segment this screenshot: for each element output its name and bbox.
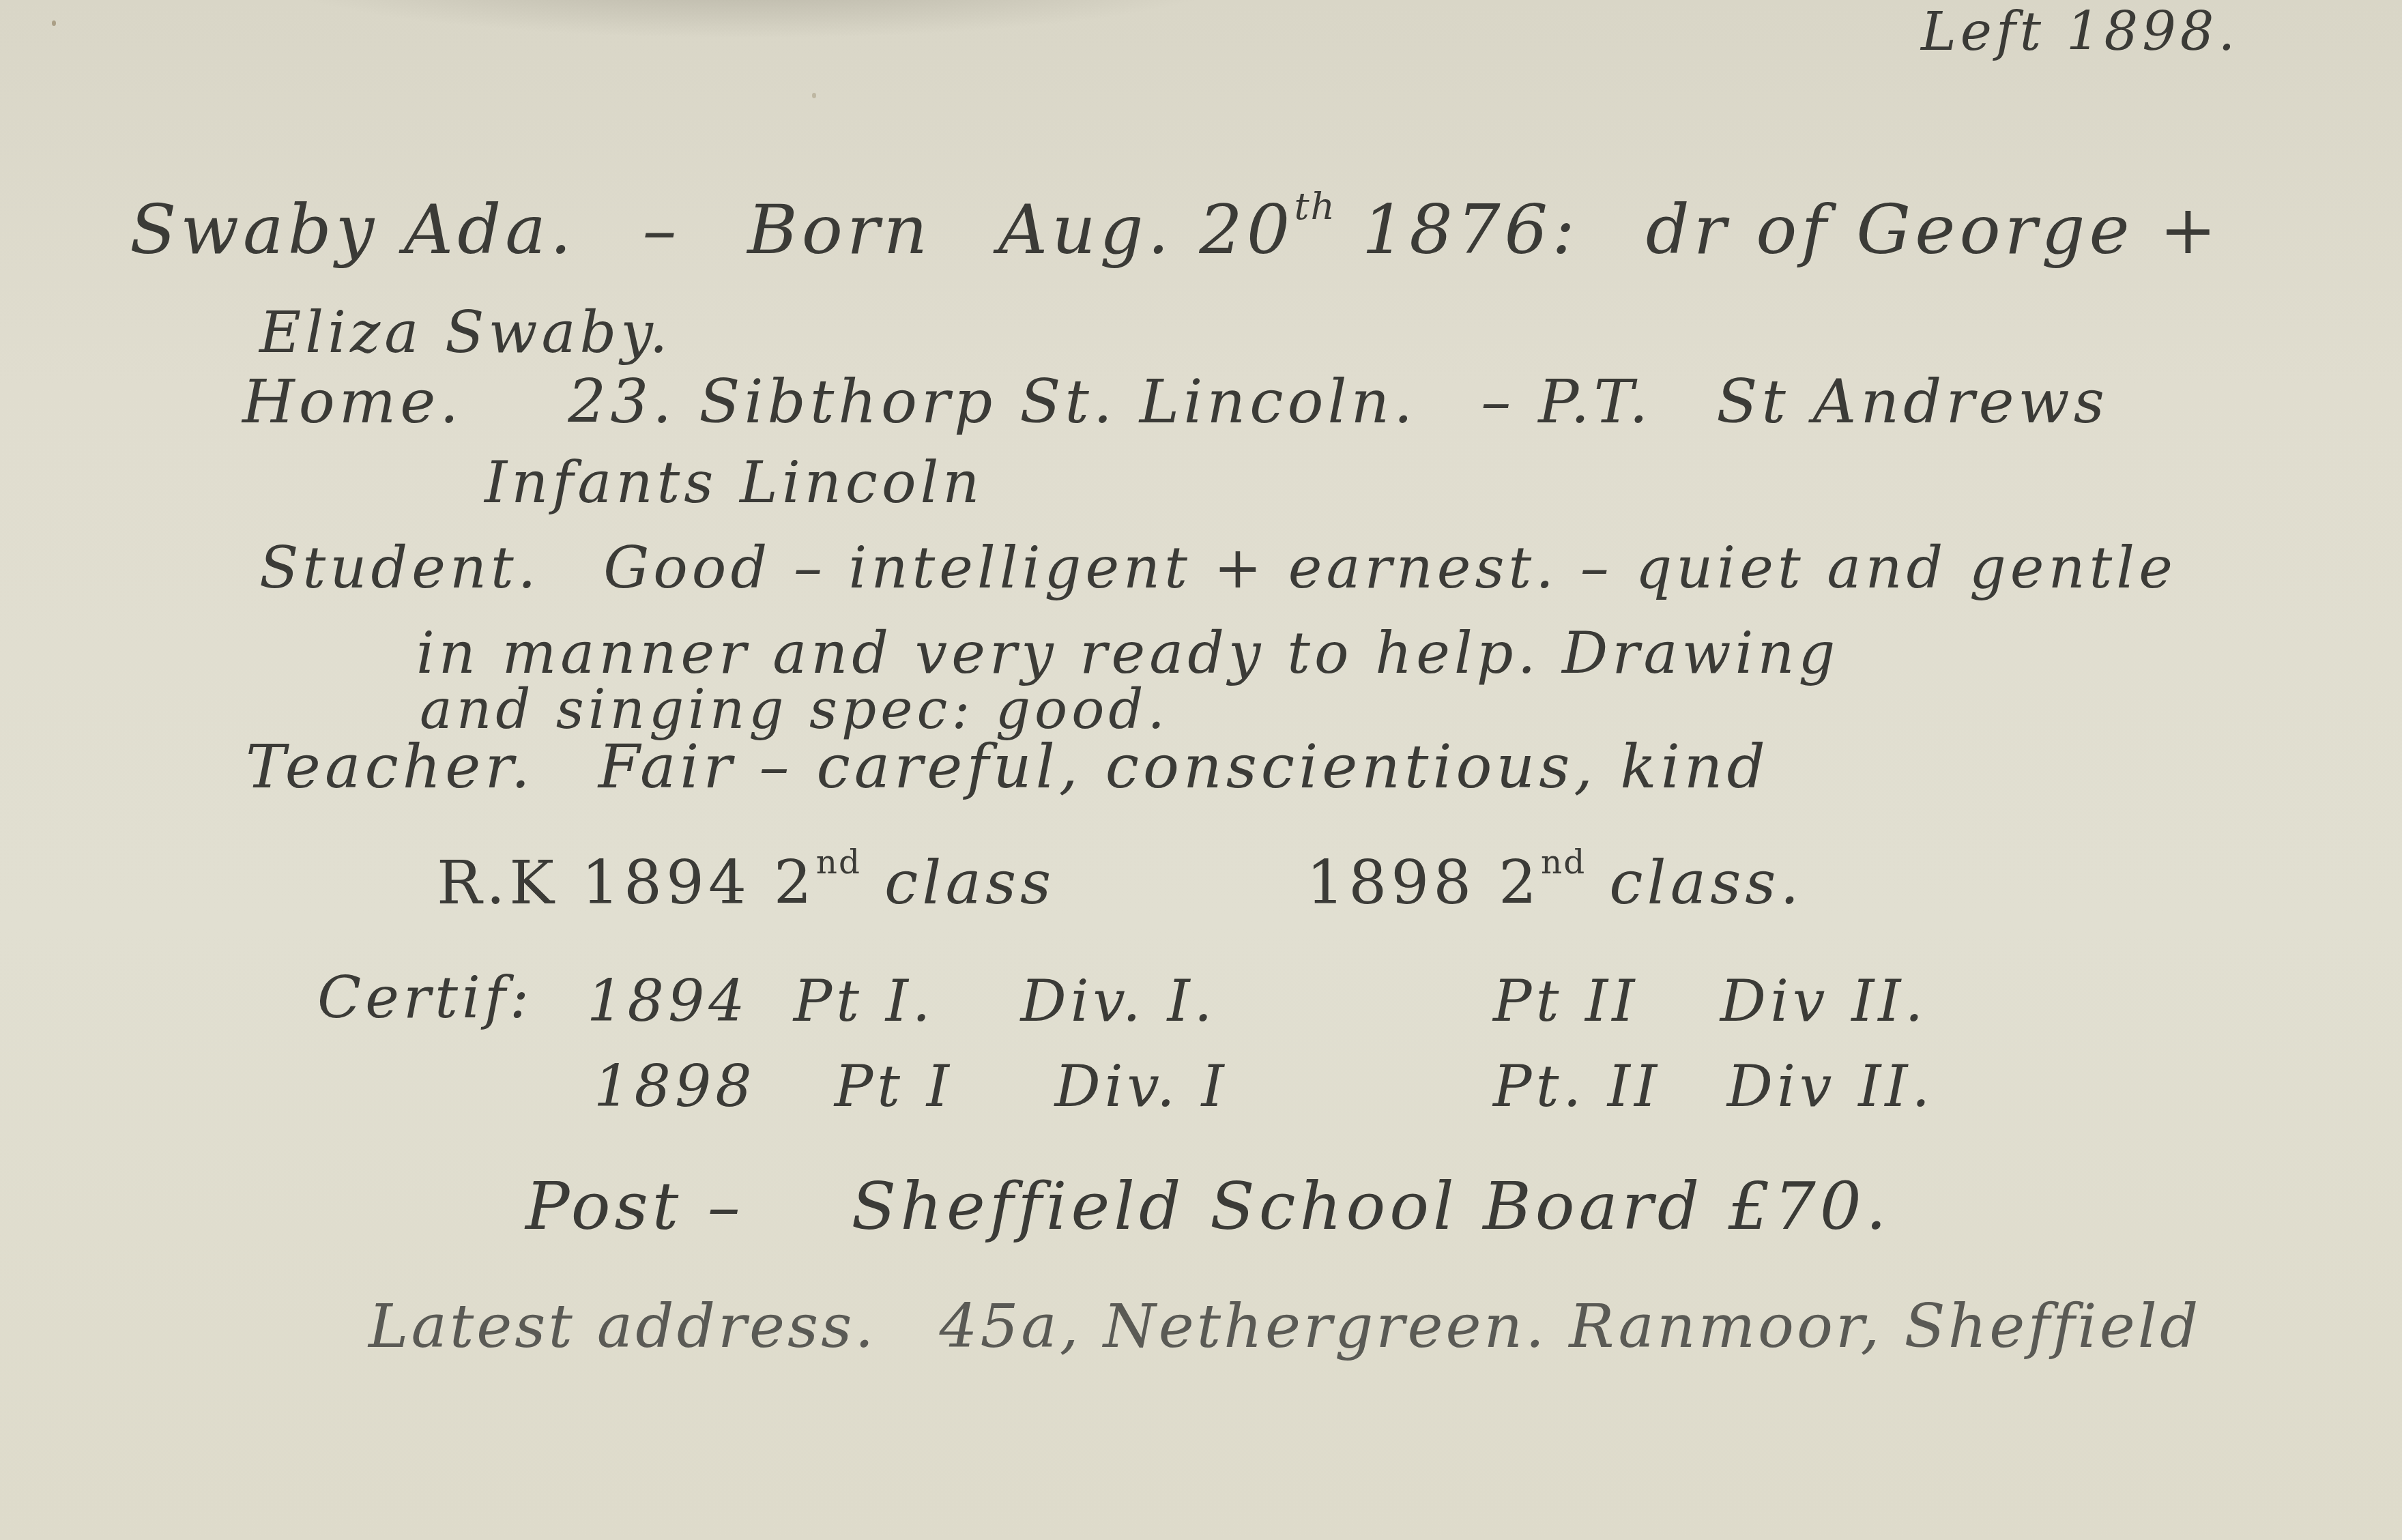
certif-part2: Pt II <box>1493 972 1698 1030</box>
certif-row-2: 1898 Pt I Div. I Pt. II Div II. <box>594 1058 1934 1115</box>
post-label: Post – <box>525 1174 744 1239</box>
latest-address-value: 45a, Nethergreen. Ranmoor, Sheffield <box>939 1296 2201 1356</box>
student-line-1: Student. Good – intelligent + earnest. –… <box>259 539 2177 596</box>
register-page: Left 1898. Swaby Ada. – Born Aug. 20th 1… <box>0 0 2402 1540</box>
teacher-label: Teacher. <box>246 737 534 797</box>
certif-div2: Div II. <box>1727 1058 1934 1115</box>
latest-address-label: Latest address. <box>368 1296 876 1356</box>
paper-speck <box>812 93 816 98</box>
certif-label-line: Certif: <box>317 969 533 1026</box>
left-year-note: Left 1898. <box>1921 5 2239 59</box>
certif-label: Certif: <box>317 964 533 1031</box>
certif-part1: Pt I. <box>794 972 998 1030</box>
certif-part2: Pt. II <box>1493 1058 1705 1115</box>
rk-right-suffix: nd <box>1541 843 1586 882</box>
rk-right: 1898 2nd class. <box>1306 846 1803 913</box>
born-month: Aug. <box>998 196 1173 264</box>
certif-year: 1898 <box>594 1058 812 1115</box>
student-remark-2: in manner and very ready to help. Drawin… <box>416 620 1839 686</box>
rk-line: R.K 1894 2nd class 1898 2nd class. <box>437 846 1803 913</box>
rk-left-text: R.K 1894 2 <box>437 847 816 918</box>
pupil-teacher-school: St Andrews <box>1716 372 2109 432</box>
pupil-teacher-prefix: – P.T. <box>1481 372 1652 432</box>
born-year: 1876: <box>1362 196 1579 264</box>
home-address: 23. Sibthorp St. Lincoln. <box>568 372 1417 432</box>
teacher-line: Teacher. Fair – careful, conscientious, … <box>246 737 1769 797</box>
student-remark-1: Good – intelligent + earnest. – quiet an… <box>603 539 2177 596</box>
born-day-suffix: th <box>1294 184 1336 228</box>
certif-div1: Div. I. <box>1020 972 1471 1030</box>
parentage: dr of George + <box>1646 196 2220 264</box>
teacher-remark: Fair – careful, conscientious, kind <box>598 737 1769 797</box>
home-label: Home. <box>242 372 463 432</box>
rk-left-suffix: nd <box>816 843 861 882</box>
mother-name: Eliza Swaby. <box>259 299 671 366</box>
certif-year: 1894 <box>587 972 771 1030</box>
name-dash: – <box>642 196 680 264</box>
home-line-cont: Infants Lincoln <box>484 454 983 511</box>
post-line: Post – Sheffield School Board £70. <box>525 1174 1890 1239</box>
latest-address-line: Latest address. 45a, Nethergreen. Ranmoo… <box>368 1296 2201 1356</box>
left-year-text: Left 1898. <box>1921 1 2239 63</box>
student-name: Swaby Ada. <box>130 196 576 264</box>
student-label: Student. <box>259 539 540 596</box>
born-day-number: 20 <box>1199 190 1294 270</box>
student-line-2: in manner and very ready to help. Drawin… <box>416 624 1839 682</box>
paper-speck <box>52 20 56 26</box>
born-day: 20th <box>1199 188 1336 264</box>
rk-left: R.K 1894 2nd class <box>437 846 1055 913</box>
mother-line: Eliza Swaby. <box>259 304 671 361</box>
certif-div2: Div II. <box>1720 972 1927 1030</box>
certif-row-1: 1894 Pt I. Div. I. Pt II Div II. <box>587 972 1927 1030</box>
pupil-teacher-school-cont: Infants Lincoln <box>484 449 983 516</box>
rk-left-tail: class <box>884 847 1055 918</box>
home-line: Home. 23. Sibthorp St. Lincoln. – P.T. S… <box>242 372 2109 432</box>
post-value: Sheffield School Board £70. <box>851 1174 1890 1239</box>
certif-part1: Pt I <box>835 1058 1032 1115</box>
born-label: Born <box>747 196 931 264</box>
rk-right-tail: class. <box>1609 847 1803 918</box>
rk-right-text: 1898 2 <box>1306 847 1541 918</box>
name-birth-line: Swaby Ada. – Born Aug. 20th 1876: dr of … <box>130 188 2220 264</box>
student-line-3: and singing spec: good. <box>420 682 1169 737</box>
certif-div1: Div. I <box>1054 1058 1471 1115</box>
